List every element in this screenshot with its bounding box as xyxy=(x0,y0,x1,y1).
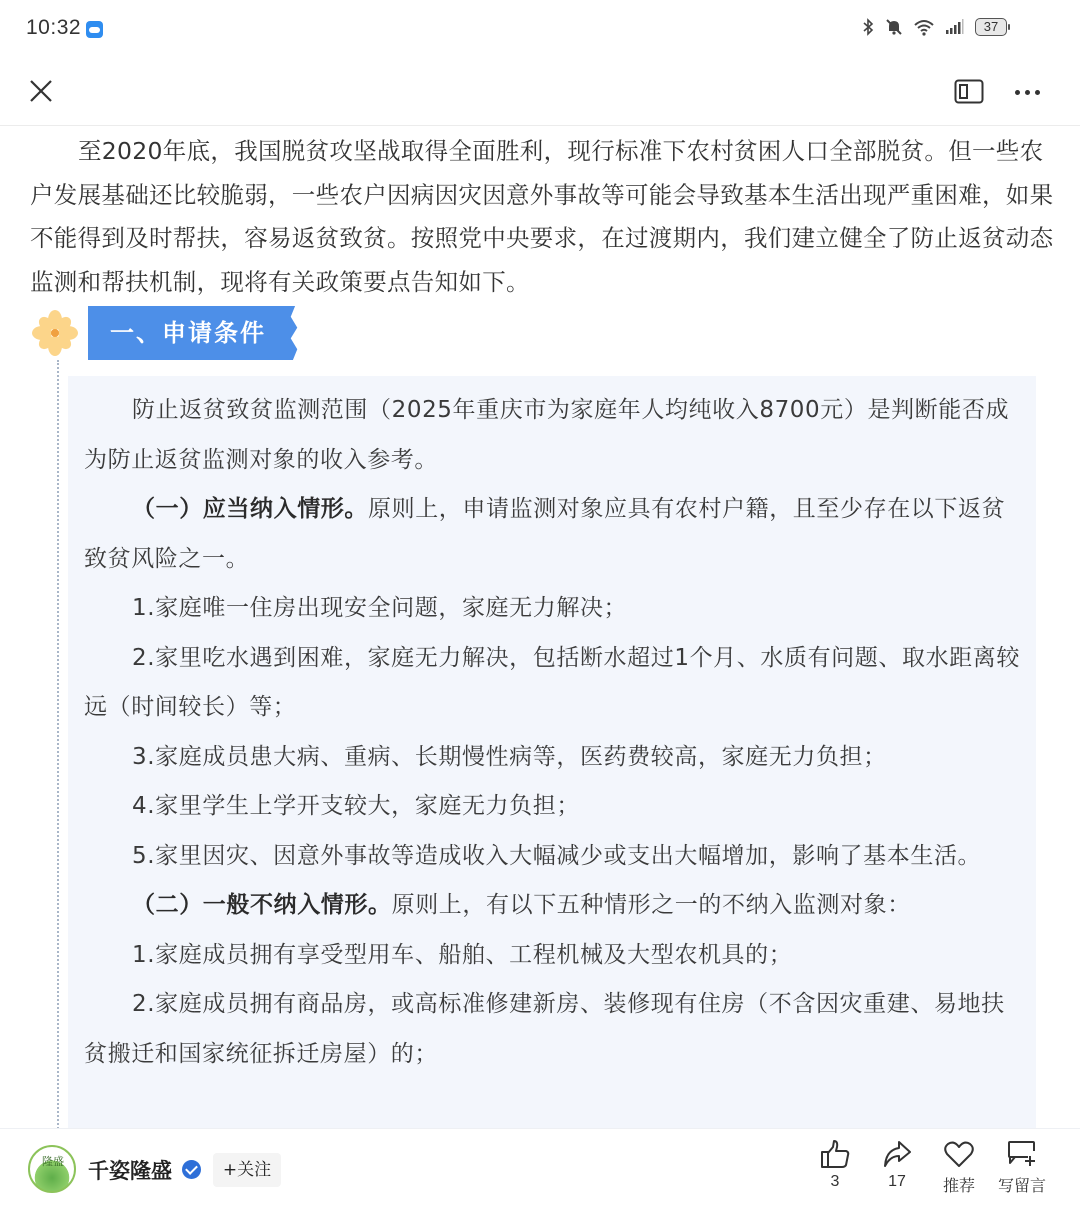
section-title: 一、申请条件 xyxy=(88,306,306,360)
close-icon xyxy=(26,76,56,106)
verified-badge-icon xyxy=(182,1160,201,1179)
bluetooth-icon xyxy=(861,18,875,36)
more-icon-dot xyxy=(1025,90,1030,95)
close-button[interactable] xyxy=(26,76,56,106)
signal-icon xyxy=(945,19,965,35)
battery-icon: 37 xyxy=(975,18,1010,36)
status-icons: 37 xyxy=(861,18,1010,36)
more-icon-dot xyxy=(1035,90,1040,95)
paragraph-exclusion: （二）一般不纳入情形。原则上，有以下五种情形之一的不纳入监测对象： xyxy=(84,881,1020,931)
reader-mode-icon xyxy=(954,79,984,105)
intro-paragraph: 至2020年底，我国脱贫攻坚战取得全面胜利，现行标准下农村贫困人口全部脱贫。但一… xyxy=(30,130,1055,304)
comment-label: 写留言 xyxy=(990,1173,1054,1196)
flower-icon xyxy=(30,308,80,358)
status-time: 10:32 xyxy=(26,16,81,40)
heart-icon xyxy=(943,1139,975,1169)
avatar[interactable]: 隆盛 xyxy=(28,1145,76,1193)
reader-mode-button[interactable] xyxy=(954,79,984,105)
battery-level: 37 xyxy=(975,18,1007,36)
avatar-text: 隆盛 xyxy=(42,1153,64,1169)
list-item: 2.家庭成员拥有商品房，或高标准修建新房、装修现有住房（不含因灾重建、易地扶贫搬… xyxy=(84,980,1020,1079)
section-heading: 一、申请条件 xyxy=(30,306,320,362)
more-button[interactable] xyxy=(1010,78,1044,106)
exclusion-text: 原则上，有以下五种情形之一的不纳入监测对象： xyxy=(392,892,911,918)
paragraph-monitoring-scope: 防止返贫致贫监测范围（2025年重庆市为家庭年人均纯收入8700元）是判断能否成… xyxy=(84,386,1020,485)
list-item: 4.家里学生上学开支较大，家庭无力负担； xyxy=(84,782,1020,832)
list-item: 1.家庭唯一住房出现安全问题，家庭无力解决； xyxy=(84,584,1020,634)
share-count: 17 xyxy=(865,1173,929,1191)
follow-button[interactable]: +关注 xyxy=(213,1153,281,1187)
comment-button[interactable]: 写留言 xyxy=(990,1139,1054,1205)
inclusion-heading: （一）应当纳入情形。 xyxy=(132,496,368,522)
wifi-icon xyxy=(913,18,935,36)
mute-icon xyxy=(885,18,903,36)
bottom-bar: 隆盛 千姿隆盛 +关注 3 17 推荐 写留言 xyxy=(0,1128,1080,1212)
like-count: 3 xyxy=(803,1173,867,1191)
thumbs-up-icon xyxy=(819,1139,851,1169)
content-box: 防止返贫致贫监测范围（2025年重庆市为家庭年人均纯收入8700元）是判断能否成… xyxy=(68,376,1036,1128)
share-button[interactable]: 17 xyxy=(865,1139,929,1205)
exclusion-heading: （二）一般不纳入情形。 xyxy=(132,892,392,918)
list-item: 3.家庭成员患大病、重病、长期慢性病等，医药费较高，家庭无力负担； xyxy=(84,733,1020,783)
status-bar: 10:32 37 xyxy=(0,0,1080,62)
more-icon-dot xyxy=(1015,90,1020,95)
recommend-button[interactable]: 推荐 xyxy=(927,1139,991,1205)
list-item: 5.家里因灾、因意外事故等造成收入大幅减少或支出大幅增加，影响了基本生活。 xyxy=(84,832,1020,882)
recommend-label: 推荐 xyxy=(927,1173,991,1196)
weather-icon xyxy=(86,21,103,38)
list-item: 1.家庭成员拥有享受型用车、船舶、工程机械及大型农机具的； xyxy=(84,931,1020,981)
account-name[interactable]: 千姿隆盛 xyxy=(88,1155,172,1185)
paragraph-inclusion: （一）应当纳入情形。原则上，申请监测对象应具有农村户籍，且至少存在以下返贫致贫风… xyxy=(84,485,1020,584)
divider-dotted xyxy=(57,360,59,1128)
comment-add-icon xyxy=(1006,1139,1038,1169)
article-content[interactable]: 至2020年底，我国脱贫攻坚战取得全面胜利，现行标准下农村贫困人口全部脱贫。但一… xyxy=(0,128,1080,1128)
nav-bar xyxy=(0,62,1080,126)
like-button[interactable]: 3 xyxy=(803,1139,867,1205)
share-icon xyxy=(881,1139,913,1169)
list-item: 2.家里吃水遇到困难，家庭无力解决，包括断水超过1个月、水质有问题、取水距离较远… xyxy=(84,634,1020,733)
